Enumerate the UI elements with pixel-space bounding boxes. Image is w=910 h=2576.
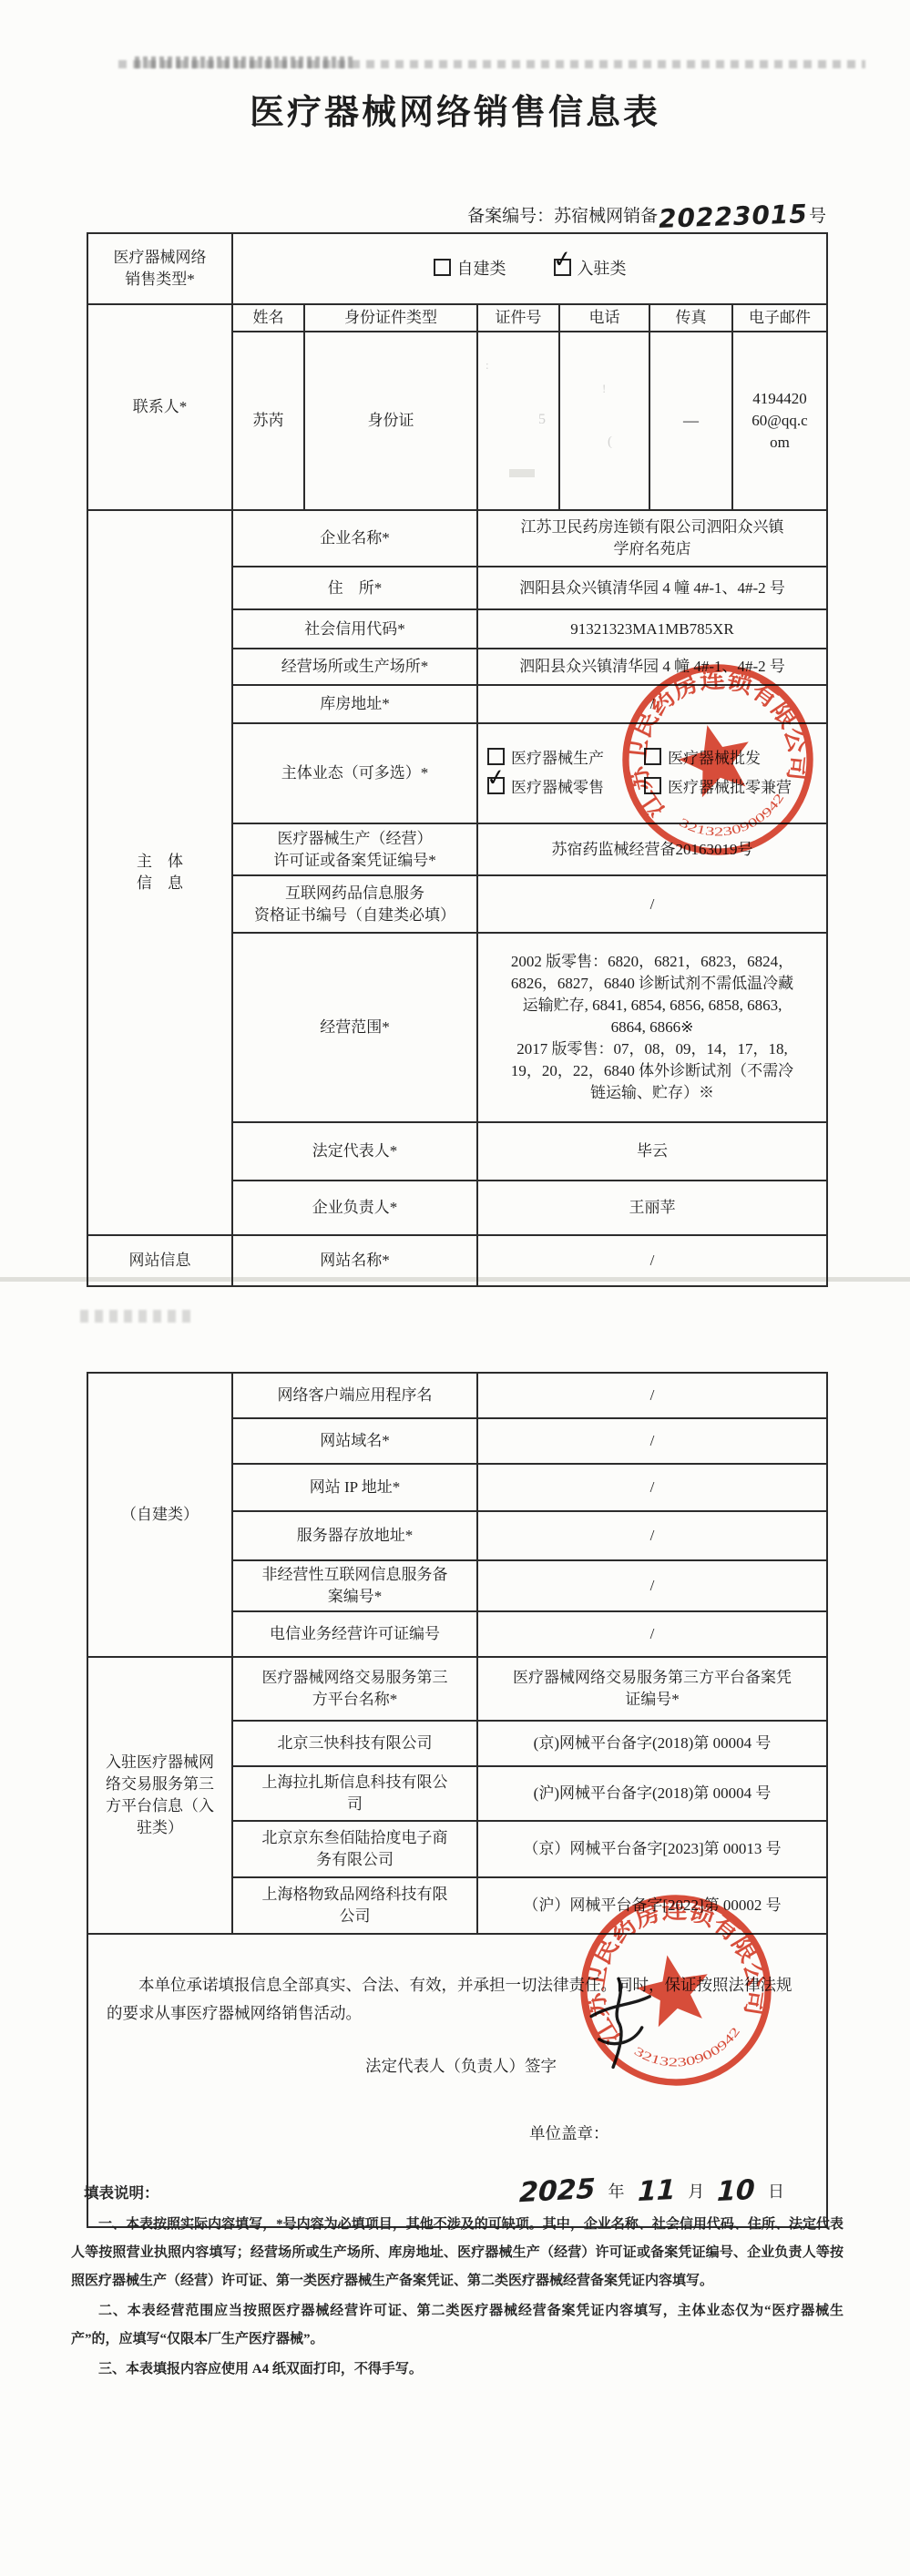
scope-label: 经营范围* <box>232 933 477 1122</box>
field-value: / <box>477 1418 827 1464</box>
record-number-label: 备案编号： <box>467 202 554 227</box>
sale-type-options-cell: 自建类 入驻类 <box>232 233 827 304</box>
note-item-2: 二、本表经营范围应当按照医疗器械经营许可证、第二类医疗器械经营备案凭证内容填写，… <box>71 2297 844 2354</box>
field-label: 库房地址* <box>232 685 477 723</box>
col-header-email: 电子邮件 <box>732 304 827 332</box>
handwritten-signature <box>577 1970 670 2073</box>
option-self-built: 自建类 <box>434 258 506 280</box>
contact-id-type: 身份证 <box>304 332 477 510</box>
platform-name-header: 医疗器械网络交易服务第三 方平台名称* <box>232 1657 477 1721</box>
note-item-3: 三、本表填报内容应使用 A4 纸双面打印，不得手写。 <box>71 2356 844 2384</box>
website-name-value: / <box>477 1235 827 1286</box>
contact-row-label: 联系人* <box>87 304 232 510</box>
legal-rep-value: 毕云 <box>477 1122 827 1181</box>
biz-retail-checkbox <box>487 777 505 794</box>
field-label: 网站域名* <box>232 1418 477 1464</box>
field-label: 网络客户端应用程序名 <box>232 1373 477 1418</box>
contact-name: 苏芮 <box>232 332 304 510</box>
form-notes: 填表说明： 一、本表按照实际内容填写，*号内容为必填项目，其他不涉及的可缺项。其… <box>71 2179 844 2386</box>
option-platform-entry: 入驻类 <box>554 258 627 280</box>
platform-cert: (京)网械平台备字(2018)第 00004 号 <box>477 1721 827 1766</box>
seal-star-icon <box>672 717 759 801</box>
svg-text:3213230900942: 3213230900942 <box>674 788 792 849</box>
pencil-scribble-artifact <box>80 1310 191 1323</box>
form-title: 医疗器械网络销售信息表 <box>0 84 910 134</box>
license-label: 医疗器械生产（经营） 许可证或备案凭证编号* <box>232 823 477 875</box>
scan-noise-blot <box>135 56 353 68</box>
section-subject-info: 主 体 信 息 <box>87 510 232 1235</box>
platform-name: 上海格物致品网络科技有限 公司 <box>232 1877 477 1934</box>
field-value: / <box>477 1373 827 1418</box>
seal-label: 单位盖章： <box>92 2122 823 2144</box>
record-number-line: 备案编号： 苏宿械网销备 20223015 号 <box>467 202 826 227</box>
field-label: 网站 IP 地址* <box>232 1464 477 1511</box>
platform-name: 上海拉扎斯信息科技有限公 司 <box>232 1766 477 1821</box>
legal-rep-label: 法定代表人* <box>232 1122 477 1181</box>
notes-heading: 填表说明： <box>84 2179 844 2207</box>
contact-id-no-redacted: : 5 <box>477 332 559 510</box>
platform-info-table: （自建类） 网络客户端应用程序名 / 网站域名* / 网站 IP 地址* / 服… <box>87 1372 828 2228</box>
field-label: 非经营性互联网信息服务备 案编号* <box>232 1560 477 1611</box>
col-header-id-no: 证件号 <box>477 304 559 332</box>
section-website-info: 网站信息 <box>87 1235 232 1286</box>
field-value: 江苏卫民药房连锁有限公司泗阳众兴镇 学府名苑店 <box>477 510 827 567</box>
contact-fax: — <box>649 332 732 510</box>
col-header-name: 姓名 <box>232 304 304 332</box>
record-number-suffix: 号 <box>809 202 826 227</box>
note-item-1: 一、本表按照实际内容填写，*号内容为必填项目，其他不涉及的可缺项。其中，企业名称… <box>71 2211 844 2295</box>
contact-email: 4194420 60@qq.c om <box>732 332 827 510</box>
field-value: / <box>477 1464 827 1511</box>
platform-name: 北京三快科技有限公司 <box>232 1721 477 1766</box>
scope-value: 2002 版零售：6820，6821，6823，6824， 6826，6827，… <box>477 933 827 1122</box>
field-label: 企业名称* <box>232 510 477 567</box>
col-header-id-type: 身份证件类型 <box>304 304 477 332</box>
field-label: 服务器存放地址* <box>232 1511 477 1560</box>
field-value: / <box>477 1611 827 1657</box>
business-type-label: 主体业态（可多选）* <box>232 723 477 823</box>
sale-type-label: 医疗器械网络 销售类型* <box>87 233 232 304</box>
col-header-phone: 电话 <box>559 304 649 332</box>
col-header-fax: 传真 <box>649 304 732 332</box>
record-number-handwritten: 20223015 <box>659 204 809 230</box>
internet-drug-label: 互联网药品信息服务 资格证书编号（自建类必填） <box>232 875 477 933</box>
scanned-form-page: 医疗器械网络销售信息表 备案编号： 苏宿械网销备 20223015 号 医疗器械… <box>0 0 910 2576</box>
field-label: 住 所* <box>232 567 477 609</box>
platform-cert: （京）网械平台备字[2023]第 00013 号 <box>477 1821 827 1877</box>
field-value: / <box>477 1560 827 1611</box>
company-head-value: 王丽苹 <box>477 1181 827 1235</box>
seal-number-text: 3213230900942 <box>674 788 792 849</box>
field-value: / <box>477 1511 827 1560</box>
platform-entry-checkbox <box>554 259 571 276</box>
record-number-prefix: 苏宿械网销备 <box>554 202 658 227</box>
field-label: 经营场所或生产场所* <box>232 649 477 685</box>
company-head-label: 企业负责人* <box>232 1181 477 1235</box>
field-label: 社会信用代码* <box>232 609 477 649</box>
section-self-built: （自建类） <box>87 1373 232 1657</box>
platform-cert-header: 医疗器械网络交易服务第三方平台备案凭 证编号* <box>477 1657 827 1721</box>
self-built-checkbox <box>434 259 451 276</box>
website-name-label: 网站名称* <box>232 1235 477 1286</box>
platform-name: 北京京东叁佰陆拾度电子商 务有限公司 <box>232 1821 477 1877</box>
field-label: 电信业务经营许可证编号 <box>232 1611 477 1657</box>
field-value: 泗阳县众兴镇清华园 4 幢 4#-1、4#-2 号 <box>477 567 827 609</box>
section-platform-entry: 入驻医疗器械网 络交易服务第三 方平台信息（入 驻类） <box>87 1657 232 1934</box>
platform-cert: (沪)网械平台备字(2018)第 00004 号 <box>477 1766 827 1821</box>
contact-phone-redacted: ! ( <box>559 332 649 510</box>
